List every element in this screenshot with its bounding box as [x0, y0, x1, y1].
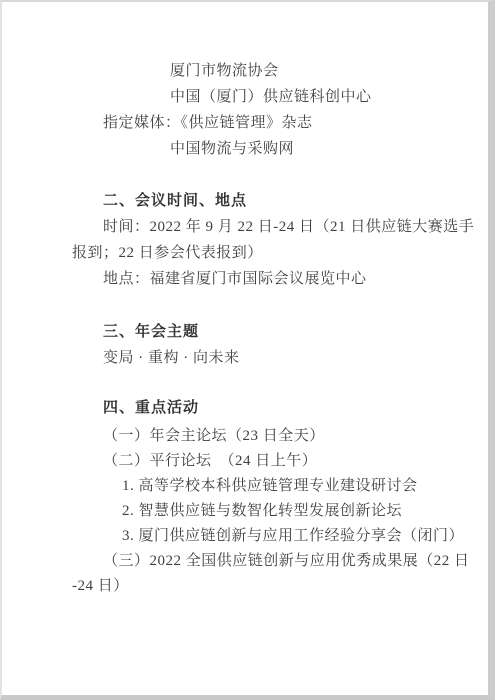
activity-sub-item-1: 1. 高等学校本科供应链管理专业建设研讨会 — [122, 474, 488, 499]
media-label: 指定媒体： — [103, 115, 181, 131]
activity-item-3-line-2: -24 日） — [72, 574, 488, 599]
document-page: 厦门市物流协会 中国（厦门）供应链科创中心 指定媒体：《供应链管理》杂志 中国物… — [2, 2, 488, 695]
theme-line: 变局 · 重构 · 向未来 — [103, 345, 488, 371]
place-line: 地点：福建省厦门市国际会议展览中心 — [103, 266, 488, 292]
org-line-1: 厦门市物流协会 — [170, 58, 488, 84]
org-line-2: 中国（厦门）供应链科创中心 — [170, 84, 488, 110]
media-value-2: 中国物流与采购网 — [170, 136, 488, 162]
activity-sub-item-2: 2. 智慧供应链与数智化转型发展创新论坛 — [122, 499, 488, 524]
activity-item-3-line-1: （三）2022 全国供应链创新与应用优秀成果展（22 日 — [103, 549, 488, 574]
activity-sub-item-3: 3. 厦门供应链创新与应用工作经验分享会（闭门） — [122, 524, 488, 549]
activity-item-1: （一）年会主论坛（23 日全天） — [103, 424, 488, 449]
section-2-heading: 二、会议时间、地点 — [103, 188, 488, 214]
activities-list: （一）年会主论坛（23 日全天） （二）平行论坛 （24 日上午） 1. 高等学… — [2, 424, 488, 599]
time-line-2: 报到；22 日参会代表报到） — [72, 240, 488, 266]
section-3-heading: 三、年会主题 — [103, 319, 488, 345]
activity-item-2: （二）平行论坛 （24 日上午） — [103, 449, 488, 474]
media-value-1: 《供应链管理》杂志 — [181, 115, 313, 131]
media-line: 指定媒体：《供应链管理》杂志 — [103, 110, 488, 136]
scanned-document-photo: 厦门市物流协会 中国（厦门）供应链科创中心 指定媒体：《供应链管理》杂志 中国物… — [0, 0, 495, 700]
time-line-1: 时间：2022 年 9 月 22 日-24 日（21 日供应链大赛选手 — [103, 214, 488, 240]
section-4-heading: 四、重点活动 — [103, 395, 488, 421]
